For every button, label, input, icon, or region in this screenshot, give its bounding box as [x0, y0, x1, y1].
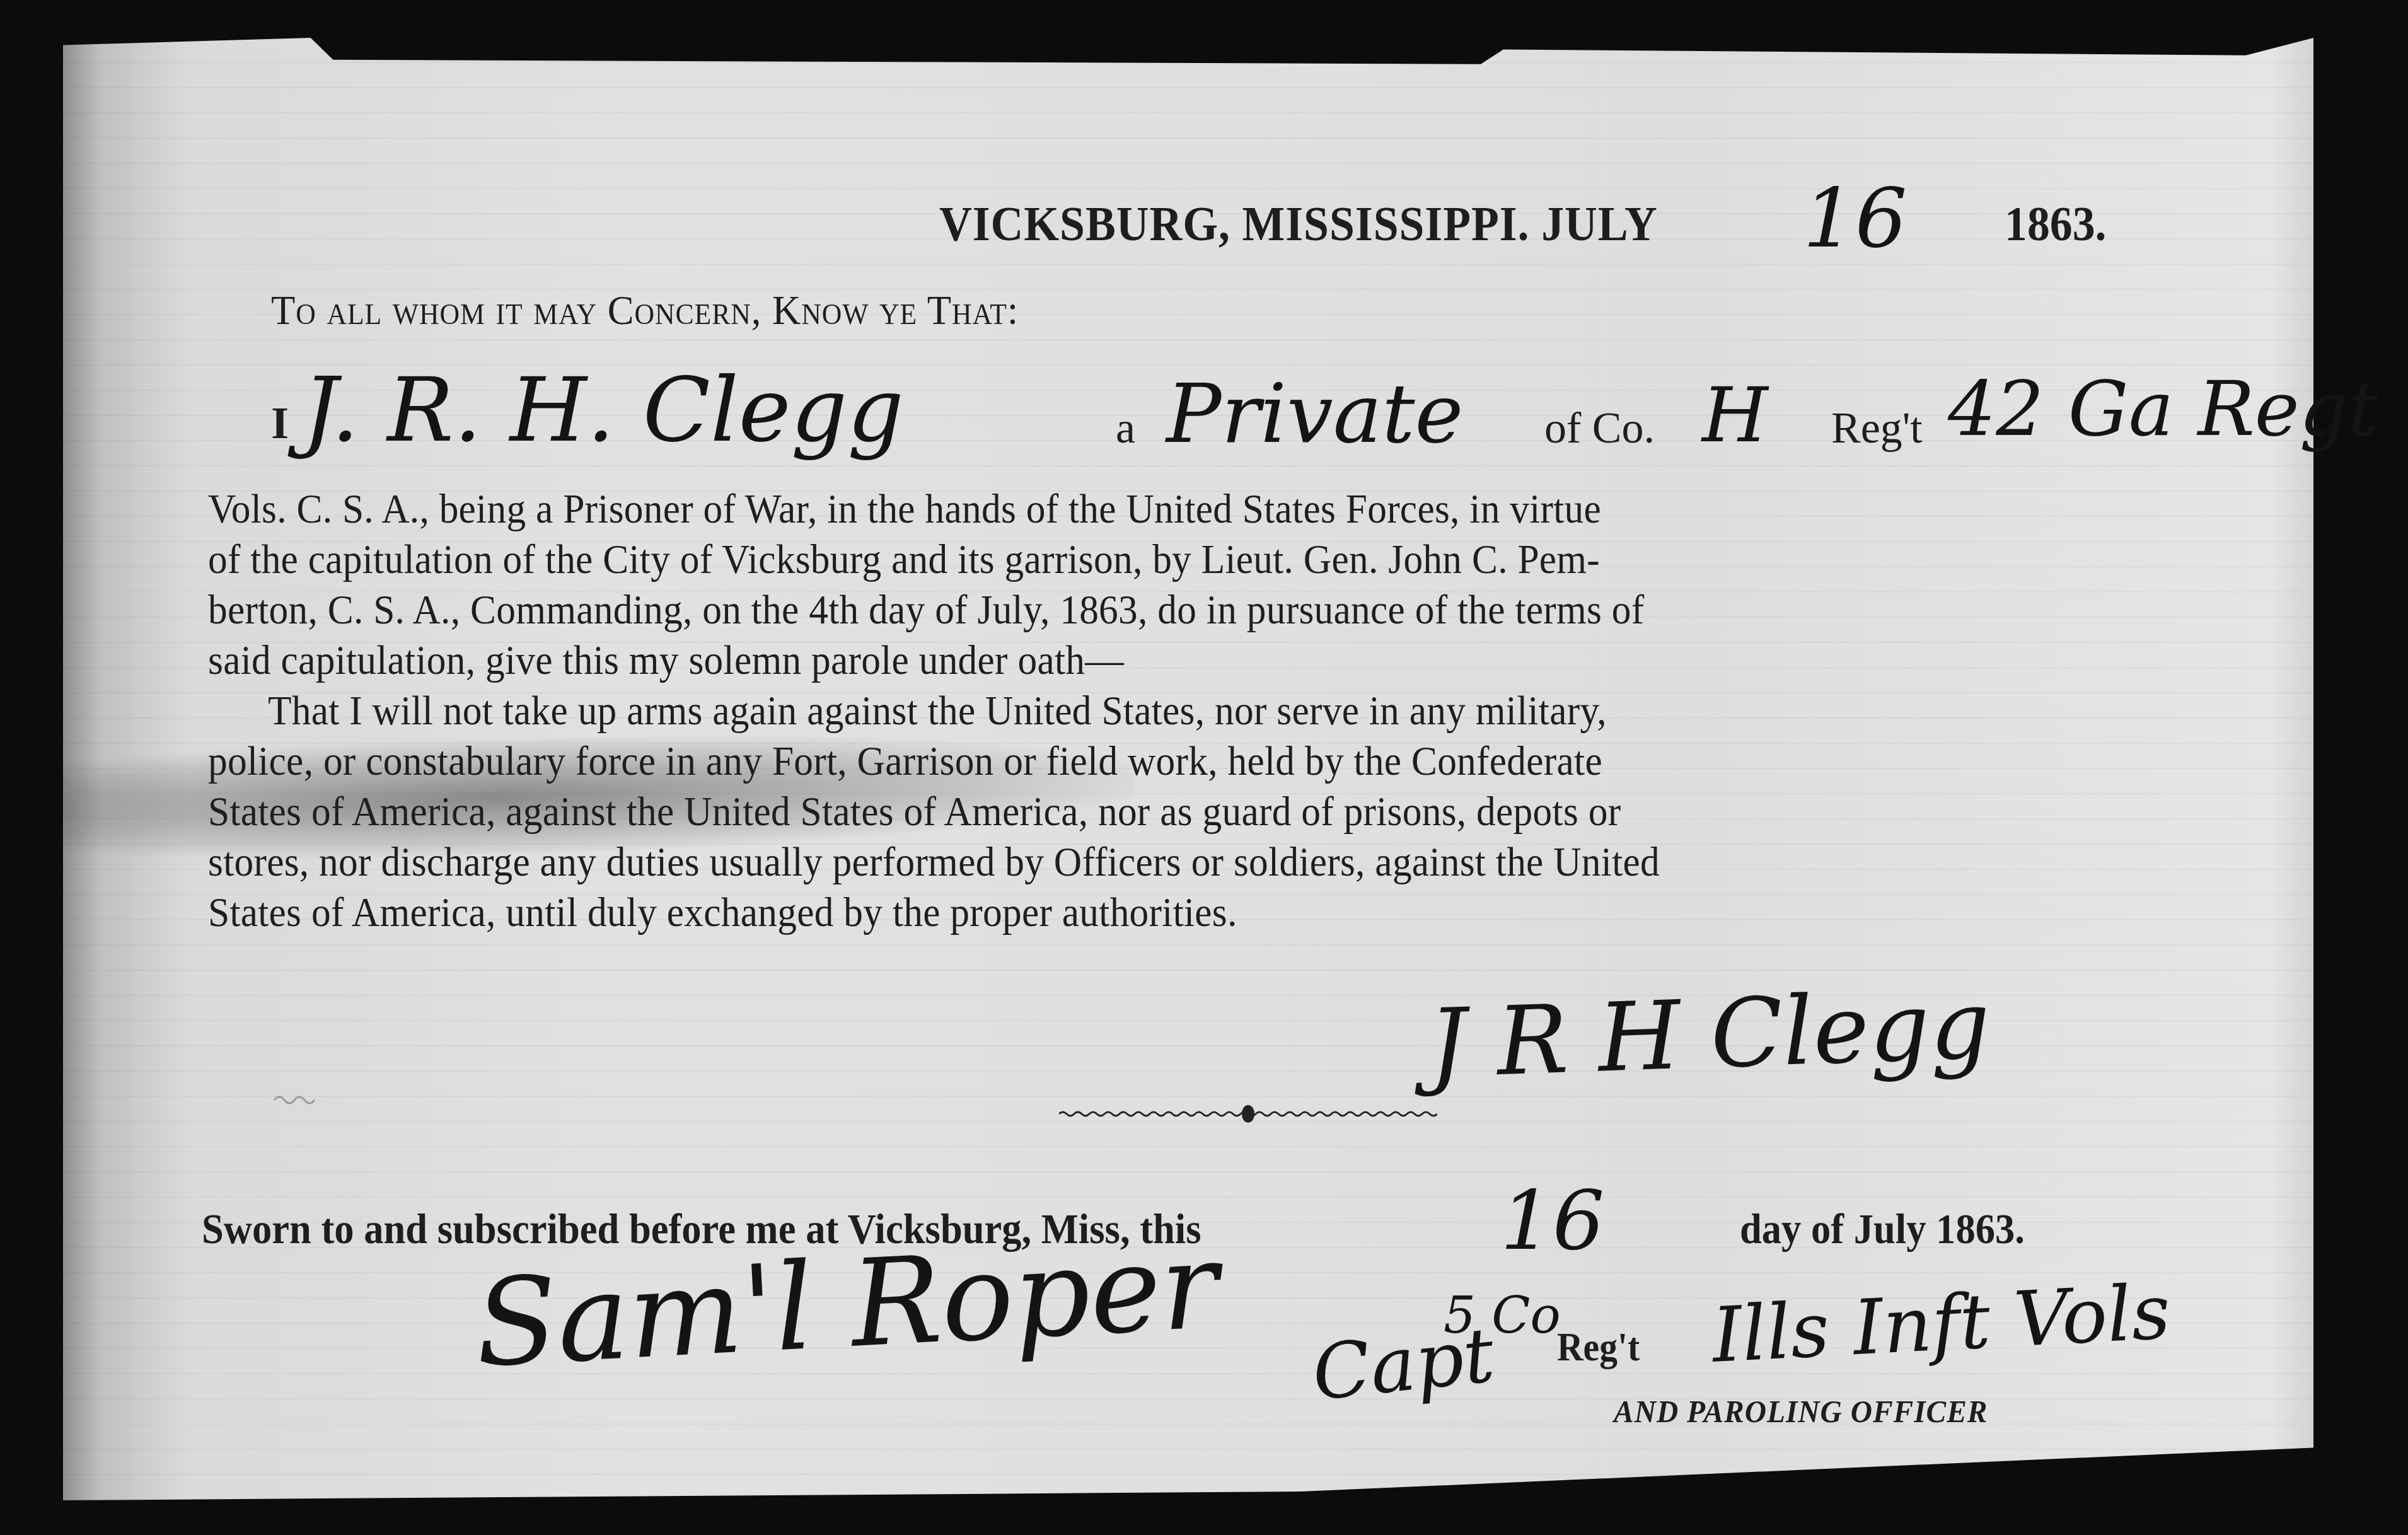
header-year: 1863. [2005, 195, 2106, 252]
prisoner-rank: Private [1166, 366, 1463, 461]
body-line: berton, C. S. A., Commanding, on the 4th… [208, 586, 1645, 634]
header-day-handwritten: 16 [1803, 170, 1907, 266]
prisoner-regiment: 42 Ga Regt [1948, 366, 2378, 453]
attestation-date-tail: day of July 1863. [1740, 1204, 2025, 1254]
regiment-label: Reg't [1831, 403, 1923, 454]
paroling-officer-title: AND PAROLING OFFICER [1614, 1393, 1988, 1430]
body-line: States of America, against the United St… [208, 788, 1621, 836]
pronoun-i: I [271, 397, 289, 449]
company-label: of Co. [1544, 403, 1655, 454]
body-line: of the capitulation of the City of Vicks… [208, 536, 1600, 584]
header-place-date: VICKSBURG, MISSISSIPPI. JULY [939, 195, 1658, 252]
attestation-day-handwritten: 16 [1500, 1173, 1604, 1268]
body-line: Vols. C. S. A., being a Prisoner of War,… [208, 485, 1601, 533]
body-line: police, or constabulary force in any For… [208, 738, 1602, 785]
officer-regiment-label: Reg't [1557, 1324, 1640, 1370]
signature-rule-ornament [1059, 1104, 1437, 1123]
body-line: stores, nor discharge any duties usually… [208, 838, 1660, 886]
margin-mark [271, 1091, 372, 1109]
prisoner-name: J. R. H. Clegg [303, 359, 904, 462]
prisoner-company: H [1702, 372, 1768, 460]
rank-label: a [1116, 403, 1135, 454]
salutation: To all whom it may Concern, Know ye That… [271, 287, 1019, 335]
body-line: States of America, until duly exchanged … [208, 889, 1237, 937]
body-line: said capitulation, give this my solemn p… [208, 637, 1124, 685]
body-line: That I will not take up arms again again… [268, 687, 1607, 735]
prisoner-signature: J R H Clegg [1427, 970, 1992, 1099]
